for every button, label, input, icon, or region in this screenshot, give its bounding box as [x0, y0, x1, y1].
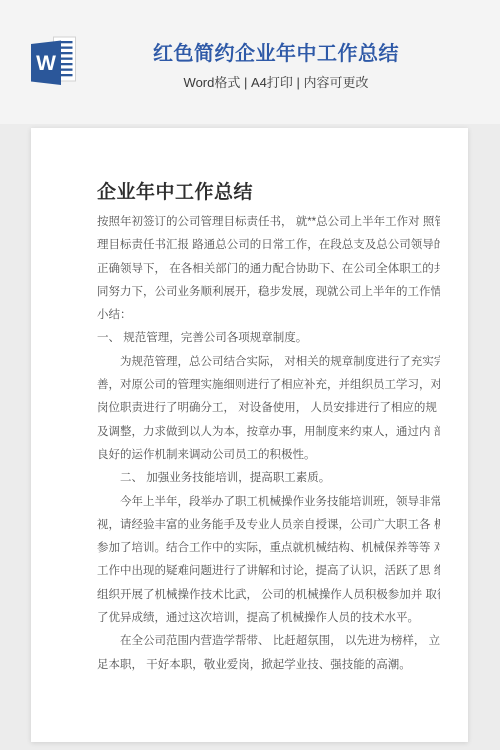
document-text-line: 足本职， 干好本职，敬业爱岗，掀起学业技、强技能的高潮。: [97, 654, 440, 677]
document-text-line: 按照年初签订的公司管理目标责任书， 就**总公司上半年工作对 照管: [97, 211, 440, 234]
document-text-line: 参加了培训。结合工作中的实际，重点就机械结构、机械保养等等 对: [97, 537, 440, 560]
document-body: 按照年初签订的公司管理目标责任书， 就**总公司上半年工作对 照管理目标责任书汇…: [97, 211, 440, 677]
document-text-line: 善，对原公司的管理实施细则进行了相应补充，并组织员工学习，对 各: [97, 374, 440, 397]
document-text-line: 组织开展了机械操作技术比武， 公司的机械操作人员积极参加并 取得: [97, 584, 440, 607]
template-subtitle: Word格式 | A4打印 | 内容可更改: [52, 74, 500, 92]
document-text-line: 同努力下，公司业务顺利展开，稳步发展，现就公司上半年的工作情况: [97, 281, 440, 304]
template-preview-page: W 红色简约企业年中工作总结 Word格式 | A4打印 | 内容可更改 企业年…: [0, 0, 500, 750]
document-text-line: 视，请经验丰富的业务能手及专业人员亲自授课，公司广大职工各 极: [97, 514, 440, 537]
document-text-line: 小结：: [97, 304, 440, 327]
document-preview-sheet: 企业年中工作总结 按照年初签订的公司管理目标责任书， 就**总公司上半年工作对 …: [31, 128, 468, 742]
document-text-line: 良好的运作机制来调动公司员工的积极性。: [97, 444, 440, 467]
document-text-line: 今年上半年，段举办了职工机械操作业务技能培训班，领导非常 重: [97, 491, 440, 514]
document-text-line: 岗位职责进行了明确分工， 对设备使用， 人员安排进行了相应的规 定: [97, 397, 440, 420]
document-text-line: 为规范管理，总公司结合实际， 对相关的规章制度进行了充实完: [97, 351, 440, 374]
document-heading: 企业年中工作总结: [97, 180, 440, 206]
document-text-line: 理目标责任书汇报 路通总公司的日常工作，在段总支及总公司领导的: [97, 234, 440, 257]
document-text-line: 工作中出现的疑难问题进行了讲解和讨论，提高了认识，活跃了思 维;: [97, 560, 440, 583]
document-text-line: 一、 规范管理，完善公司各项规章制度。: [97, 327, 440, 350]
document-text-line: 在全公司范围内营造学帮带、 比赶超氛围， 以先进为榜样， 立: [97, 630, 440, 653]
header-text-block: 红色简约企业年中工作总结 Word格式 | A4打印 | 内容可更改: [0, 0, 500, 92]
template-header: W 红色简约企业年中工作总结 Word格式 | A4打印 | 内容可更改: [0, 0, 500, 124]
template-title: 红色简约企业年中工作总结: [52, 40, 500, 68]
document-text-line: 二、 加强业务技能培训，提高职工素质。: [97, 467, 440, 490]
document-text-line: 了优异成绩，通过这次培训，提高了机械操作人员的技术水平。: [97, 607, 440, 630]
document-text-line: 正确领导下， 在各相关部门的通力配合协助下、在公司全体职工的共: [97, 258, 440, 281]
document-text-line: 及调整，力求做到以人为本，按章办事，用制度来约束人，通过内 部: [97, 421, 440, 444]
